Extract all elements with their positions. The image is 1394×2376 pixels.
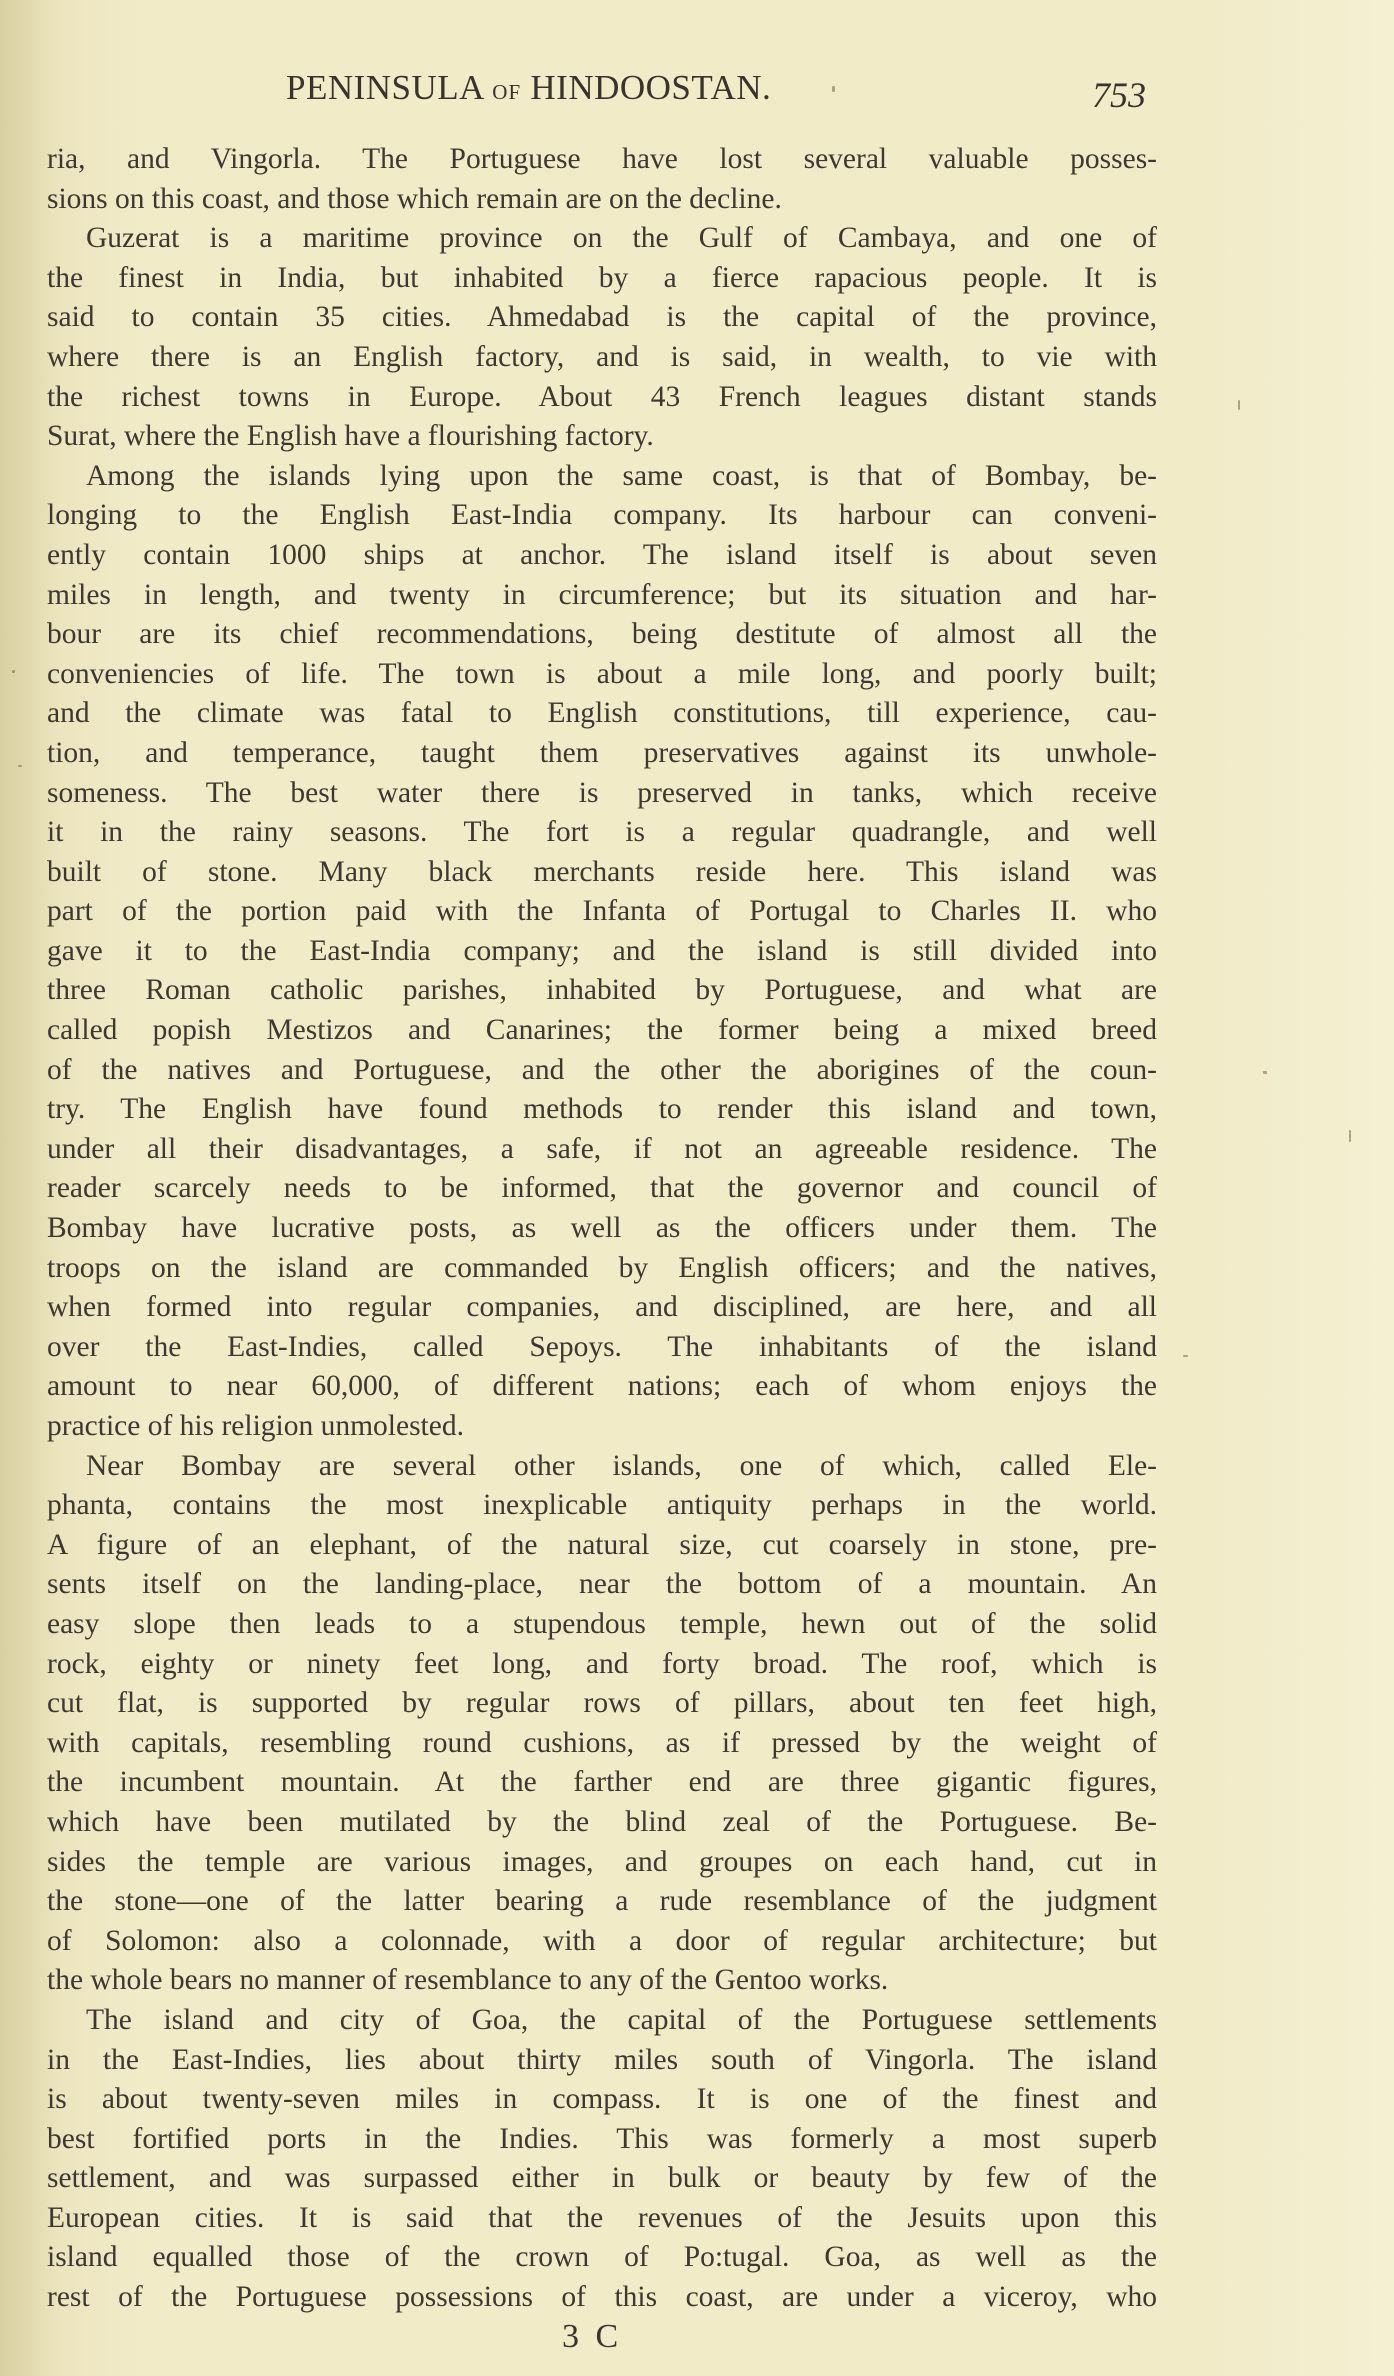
running-head: PENINSULA OF HINDOOSTAN. 753 (0, 68, 1394, 118)
paper-speck (1349, 1130, 1351, 1142)
text-line: of the natives and Portuguese, and the o… (47, 1051, 1157, 1091)
text-line: cut flat, is supported by regular rows o… (47, 1684, 1157, 1724)
book-page: PENINSULA OF HINDOOSTAN. 753 ria, and Vi… (0, 0, 1394, 2376)
text-line: Among the islands lying upon the same co… (47, 457, 1157, 497)
text-line: under all their disadvantages, a safe, i… (47, 1130, 1157, 1170)
text-line: is about twenty-seven miles in compass. … (47, 2080, 1157, 2120)
text-line: the stone—one of the latter bearing a ru… (47, 1882, 1157, 1922)
text-line: the whole bears no manner of resemblance… (47, 1961, 1157, 2001)
text-line: tion, and temperance, taught them preser… (47, 734, 1157, 774)
text-line: over the East-Indies, called Sepoys. The… (47, 1328, 1157, 1368)
text-line: bour are its chief recommendations, bein… (47, 615, 1157, 655)
text-line: with capitals, resembling round cushions… (47, 1724, 1157, 1764)
text-line: conveniencies of life. The town is about… (47, 655, 1157, 695)
text-line: sides the temple are various images, and… (47, 1843, 1157, 1883)
text-line: ria, and Vingorla. The Portuguese have l… (47, 140, 1157, 180)
text-line: phanta, contains the most inexplicable a… (47, 1486, 1157, 1526)
text-line: Guzerat is a maritime province on the Gu… (47, 219, 1157, 259)
text-line: try. The English have found methods to r… (47, 1090, 1157, 1130)
running-title-part1: PENINSULA (286, 68, 483, 107)
text-line: of Solomon: also a colonnade, with a doo… (47, 1922, 1157, 1962)
signature-mark: 3 C (562, 2318, 622, 2356)
text-line: the richest towns in Europe. About 43 Fr… (47, 378, 1157, 418)
text-line: island equalled those of the crown of Po… (47, 2238, 1157, 2278)
text-line: longing to the English East-India compan… (47, 496, 1157, 536)
text-line: in the East-Indies, lies about thirty mi… (47, 2041, 1157, 2081)
paper-speck (18, 765, 22, 767)
paper-speck (1263, 1071, 1267, 1074)
running-title-part2: HINDOOSTAN. (530, 68, 771, 107)
text-line: which have been mutilated by the blind z… (47, 1803, 1157, 1843)
text-line: rock, eighty or ninety feet long, and fo… (47, 1645, 1157, 1685)
text-line: rest of the Portuguese possessions of th… (47, 2278, 1157, 2318)
text-line: miles in length, and twenty in circumfer… (47, 576, 1157, 616)
text-line: Near Bombay are several other islands, o… (47, 1447, 1157, 1487)
paper-speck (12, 670, 15, 673)
text-line: reader scarcely needs to be informed, th… (47, 1169, 1157, 1209)
running-title-of: OF (492, 80, 521, 104)
text-line: The island and city of Goa, the capital … (47, 2001, 1157, 2041)
paper-speck (1238, 400, 1240, 410)
text-line: it in the rainy seasons. The fort is a r… (47, 813, 1157, 853)
text-line: European cities. It is said that the rev… (47, 2199, 1157, 2239)
body-text: ria, and Vingorla. The Portuguese have l… (47, 140, 1157, 2318)
text-line: said to contain 35 cities. Ahmedabad is … (47, 298, 1157, 338)
text-line: and the climate was fatal to English con… (47, 694, 1157, 734)
text-line: built of stone. Many black merchants res… (47, 853, 1157, 893)
text-line: easy slope then leads to a stupendous te… (47, 1605, 1157, 1645)
page-number: 753 (1092, 74, 1146, 116)
text-line: ently contain 1000 ships at anchor. The … (47, 536, 1157, 576)
text-line: settlement, and was surpassed either in … (47, 2159, 1157, 2199)
text-line: part of the portion paid with the Infant… (47, 892, 1157, 932)
text-line: Surat, where the English have a flourish… (47, 417, 1157, 457)
text-line: the finest in India, but inhabited by a … (47, 259, 1157, 299)
text-line: best fortified ports in the Indies. This… (47, 2120, 1157, 2160)
text-line: gave it to the East-India company; and t… (47, 932, 1157, 972)
text-line: someness. The best water there is preser… (47, 774, 1157, 814)
running-title: PENINSULA OF HINDOOSTAN. (286, 68, 906, 108)
text-line: sents itself on the landing-place, near … (47, 1565, 1157, 1605)
text-line: where there is an English factory, and i… (47, 338, 1157, 378)
text-line: Bombay have lucrative posts, as well as … (47, 1209, 1157, 1249)
text-line: A figure of an elephant, of the natural … (47, 1526, 1157, 1566)
paper-speck (832, 86, 835, 92)
text-line: three Roman catholic parishes, inhabited… (47, 971, 1157, 1011)
text-line: the incumbent mountain. At the farther e… (47, 1763, 1157, 1803)
text-line: when formed into regular companies, and … (47, 1288, 1157, 1328)
paper-speck (1183, 1355, 1188, 1357)
text-line: sions on this coast, and those which rem… (47, 180, 1157, 220)
text-line: practice of his religion unmolested. (47, 1407, 1157, 1447)
text-line: troops on the island are commanded by En… (47, 1249, 1157, 1289)
text-line: amount to near 60,000, of different nati… (47, 1367, 1157, 1407)
text-line: called popish Mestizos and Canarines; th… (47, 1011, 1157, 1051)
